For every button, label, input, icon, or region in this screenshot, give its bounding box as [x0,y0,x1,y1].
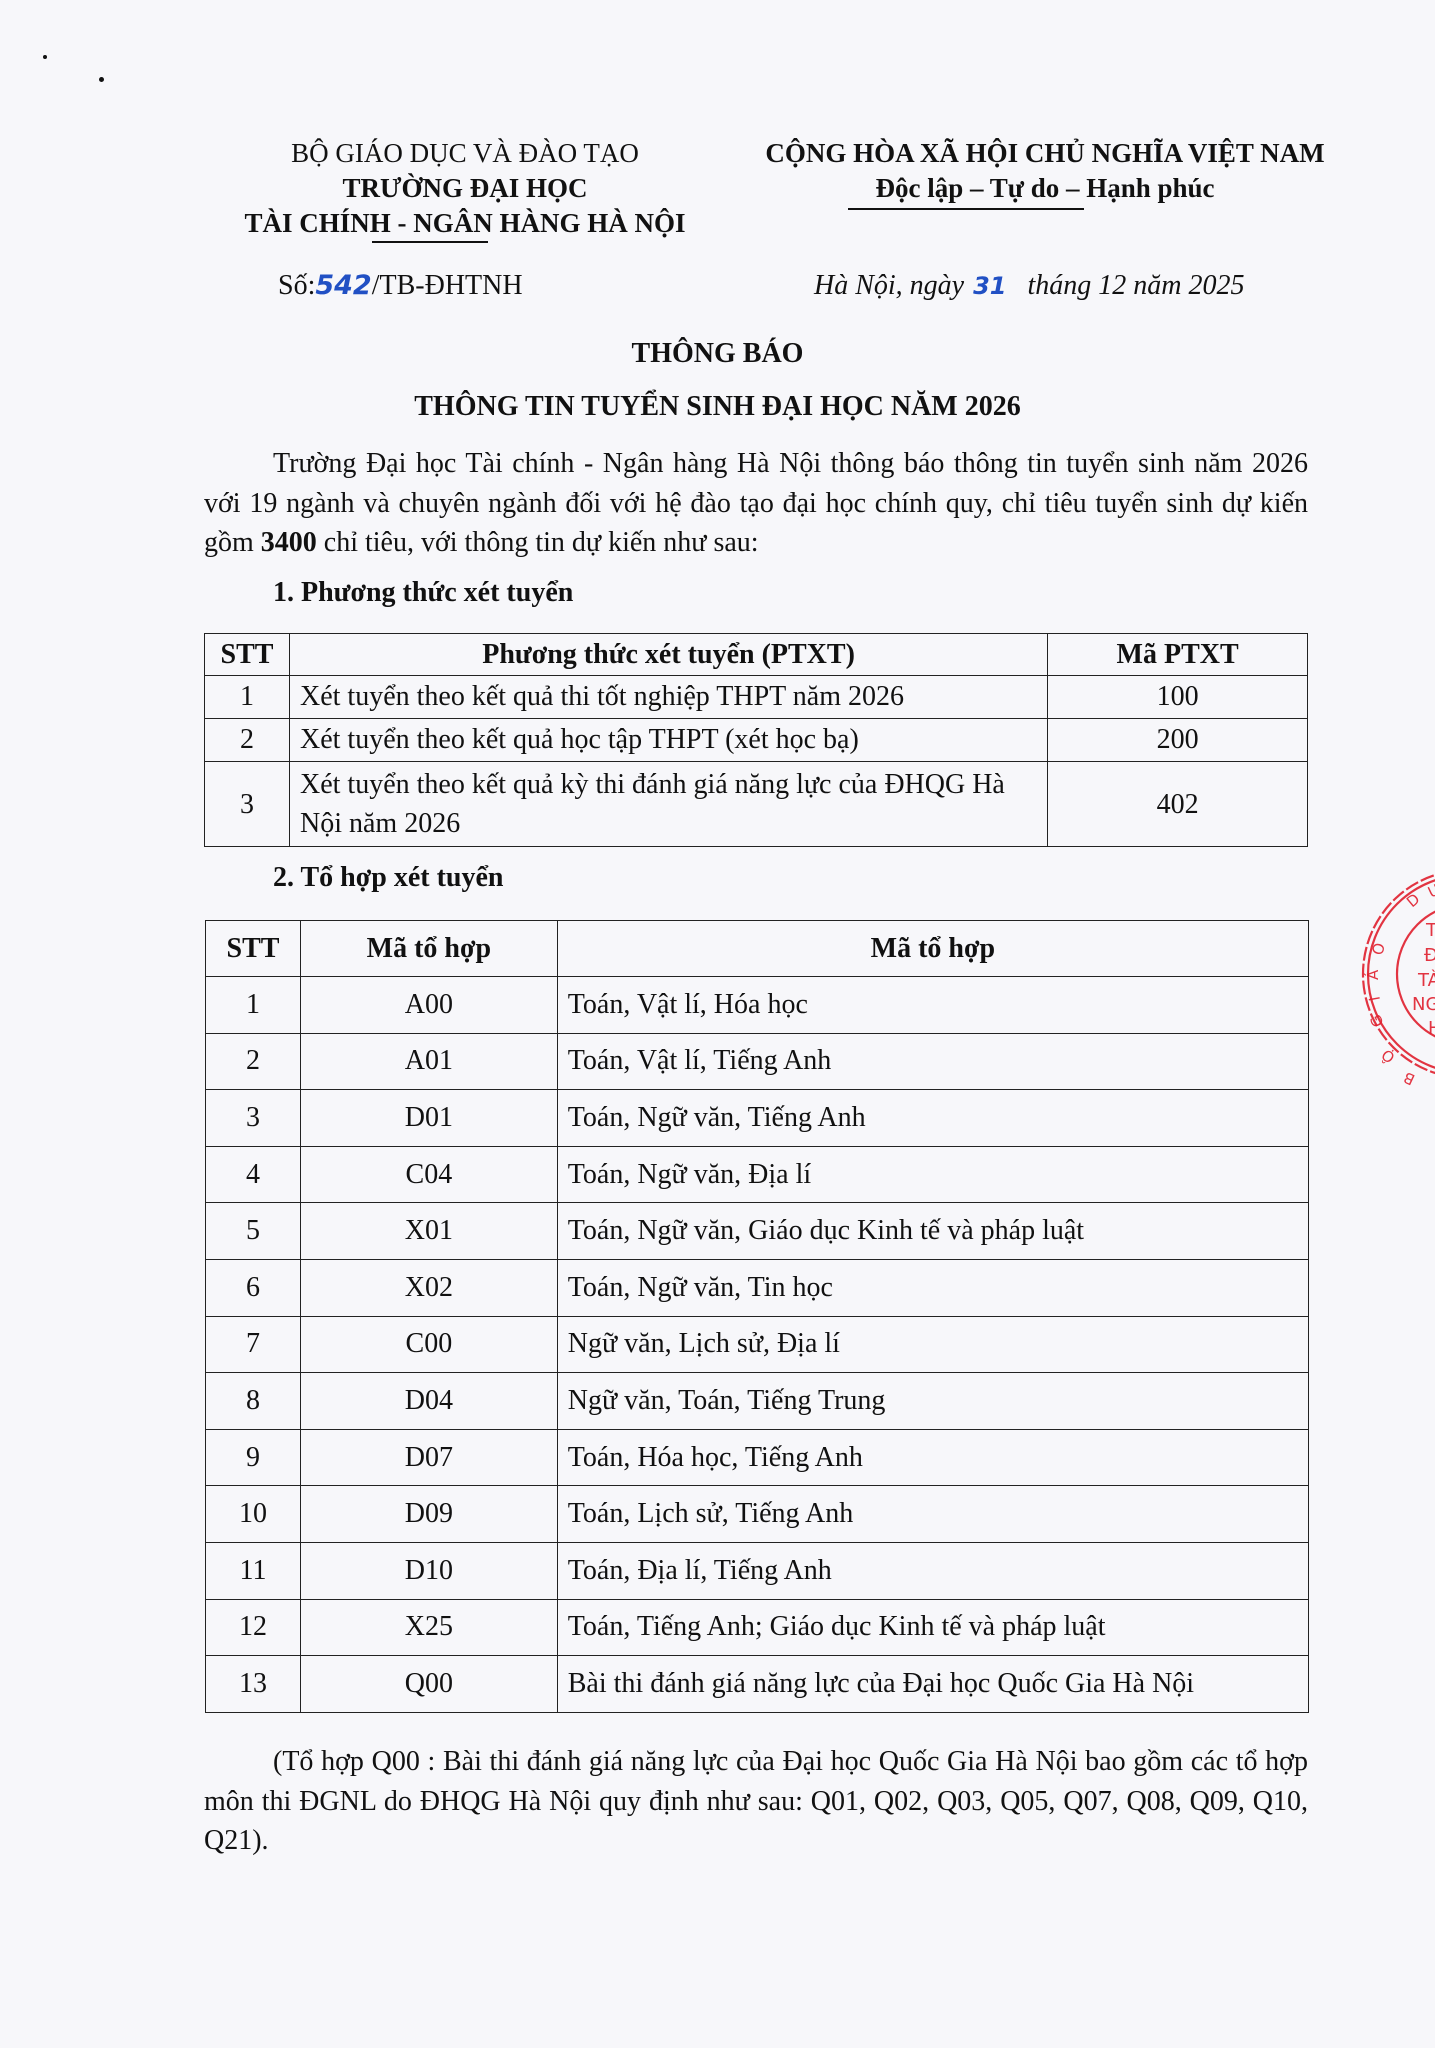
table-row: 13Q00Bài thi đánh giá năng lực của Đại h… [206,1656,1309,1713]
doc-number-suffix: /TB-ĐHTNH [372,270,523,301]
cell-stt: 3 [206,1090,301,1147]
header-right: CỘNG HÒA XÃ HỘI CHỦ NGHĨA VIỆT NAM Độc l… [720,136,1370,206]
cell-stt: 8 [206,1373,301,1430]
subject-combinations-table: STT Mã tổ hợp Mã tổ hợp 1A00Toán, Vật lí… [205,920,1309,1713]
cell-combination-code: A00 [300,977,557,1034]
table-header-row: STT Mã tổ hợp Mã tổ hợp [206,921,1309,977]
cell-subjects: Toán, Vật lí, Tiếng Anh [557,1033,1308,1090]
cell-stt: 10 [206,1486,301,1543]
table-row: 11D10Toán, Địa lí, Tiếng Anh [206,1542,1309,1599]
svg-text:Đ: Đ [1424,945,1435,966]
cell-method: Xét tuyển theo kết quả kỳ thi đánh giá n… [289,762,1047,847]
cell-combination-code: X25 [300,1599,557,1656]
col-header-code: Mã PTXT [1048,634,1308,676]
table-row: 6X02Toán, Ngữ văn, Tin học [206,1259,1309,1316]
header-left: BỘ GIÁO DỤC VÀ ĐÀO TẠO TRƯỜNG ĐẠI HỌC TÀ… [205,136,725,241]
nation-motto: Độc lập – Tự do – Hạnh phúc [720,171,1370,206]
cell-subjects: Toán, Ngữ văn, Tin học [557,1259,1308,1316]
header-right-underline [848,208,1084,210]
intro-text-2: chỉ tiêu, với thông tin dự kiến như sau: [324,527,759,558]
svg-text:I: I [1365,995,1383,1002]
table-row: 12X25Toán, Tiếng Anh; Giáo dục Kinh tế v… [206,1599,1309,1656]
col-header-combination-code: Mã tổ hợp [300,921,557,977]
svg-text:B: B [1401,1068,1418,1086]
col-header-stt: STT [205,634,290,676]
table-row: 8D04Ngữ văn, Toán, Tiếng Trung [206,1373,1309,1430]
school-name-line1: TRƯỜNG ĐẠI HỌC [205,171,725,206]
intro-quota: 3400 [261,527,317,558]
cell-stt: 2 [206,1033,301,1090]
table-row: 5X01Toán, Ngữ văn, Giáo dục Kinh tế và p… [206,1203,1309,1260]
admission-methods-table: STT Phương thức xét tuyển (PTXT) Mã PTXT… [204,633,1308,847]
cell-stt: 5 [206,1203,301,1260]
col-header-method: Phương thức xét tuyển (PTXT) [289,634,1047,676]
q00-note: (Tổ hợp Q00 : Bài thi đánh giá năng lực … [204,1742,1308,1861]
scan-speck [43,55,47,59]
header-left-underline [372,241,488,243]
svg-text:Á: Á [1363,969,1382,980]
cell-code: 100 [1048,676,1308,719]
cell-stt: 12 [206,1599,301,1656]
doc-number-handwritten: 542 [315,270,371,301]
document-number: Số:542/TB-ĐHTNH [278,270,523,302]
page-subtitle: THÔNG TIN TUYỂN SINH ĐẠI HỌC NĂM 2026 [0,391,1435,423]
table-row: 3 Xét tuyển theo kết quả kỳ thi đánh giá… [205,762,1308,847]
cell-stt: 7 [206,1316,301,1373]
cell-combination-code: C00 [300,1316,557,1373]
cell-combination-code: X02 [300,1259,557,1316]
cell-code: 402 [1048,762,1308,847]
official-seal-stamp: D Ụ O Á I G Ộ B T Đ TÀ NG H [1352,866,1435,1086]
cell-subjects: Toán, Ngữ văn, Giáo dục Kinh tế và pháp … [557,1203,1308,1260]
date-day-handwritten: 31 [971,272,1020,300]
svg-text:O: O [1368,941,1388,957]
cell-stt: 6 [206,1259,301,1316]
cell-stt: 9 [206,1429,301,1486]
cell-method: Xét tuyển theo kết quả thi tốt nghiệp TH… [289,676,1047,719]
svg-text:Ụ: Ụ [1425,881,1435,902]
svg-text:TÀ: TÀ [1417,969,1435,991]
svg-text:H: H [1428,1018,1435,1039]
svg-text:NG: NG [1412,994,1435,1015]
cell-code: 200 [1048,719,1308,762]
cell-subjects: Toán, Địa lí, Tiếng Anh [557,1542,1308,1599]
nation-name: CỘNG HÒA XÃ HỘI CHỦ NGHĨA VIỆT NAM [720,136,1370,171]
col-header-stt: STT [206,921,301,977]
ministry-name: BỘ GIÁO DỤC VÀ ĐÀO TẠO [205,136,725,171]
cell-combination-code: D10 [300,1542,557,1599]
table-row: 1A00Toán, Vật lí, Hóa học [206,977,1309,1034]
table-row: 10D09Toán, Lịch sử, Tiếng Anh [206,1486,1309,1543]
cell-subjects: Toán, Hóa học, Tiếng Anh [557,1429,1308,1486]
cell-method: Xét tuyển theo kết quả học tập THPT (xét… [289,719,1047,762]
cell-stt: 2 [205,719,290,762]
doc-number-prefix: Số: [278,270,315,301]
cell-stt: 3 [205,762,290,847]
cell-stt: 11 [206,1542,301,1599]
document-date: Hà Nội, ngày 31 tháng 12 năm 2025 [814,270,1245,302]
page-title: THÔNG BÁO [0,338,1435,370]
cell-stt: 4 [206,1146,301,1203]
date-suffix: tháng 12 năm 2025 [1028,270,1245,301]
cell-subjects: Ngữ văn, Lịch sử, Địa lí [557,1316,1308,1373]
stamp-ring-letter: D [1403,890,1423,911]
cell-combination-code: X01 [300,1203,557,1260]
cell-stt: 13 [206,1656,301,1713]
table-row: 9D07Toán, Hóa học, Tiếng Anh [206,1429,1309,1486]
table-row: 2A01Toán, Vật lí, Tiếng Anh [206,1033,1309,1090]
cell-combination-code: D01 [300,1090,557,1147]
cell-subjects: Toán, Ngữ văn, Địa lí [557,1146,1308,1203]
col-header-subjects: Mã tổ hợp [557,921,1308,977]
cell-combination-code: D04 [300,1373,557,1430]
cell-subjects: Bài thi đánh giá năng lực của Đại học Qu… [557,1656,1308,1713]
section2-heading: 2. Tổ hợp xét tuyển [273,862,503,894]
cell-subjects: Toán, Lịch sử, Tiếng Anh [557,1486,1308,1543]
date-prefix: Hà Nội, ngày [814,270,964,301]
cell-combination-code: C04 [300,1146,557,1203]
table-row: 7C00Ngữ văn, Lịch sử, Địa lí [206,1316,1309,1373]
cell-combination-code: D07 [300,1429,557,1486]
q00-note-text: (Tổ hợp Q00 : Bài thi đánh giá năng lực … [204,1746,1308,1856]
cell-combination-code: Q00 [300,1656,557,1713]
table-row: 2 Xét tuyển theo kết quả học tập THPT (x… [205,719,1308,762]
svg-text:T: T [1425,920,1435,941]
table-header-row: STT Phương thức xét tuyển (PTXT) Mã PTXT [205,634,1308,676]
intro-paragraph: Trường Đại học Tài chính - Ngân hàng Hà … [204,444,1308,563]
cell-subjects: Toán, Ngữ văn, Tiếng Anh [557,1090,1308,1147]
cell-combination-code: A01 [300,1033,557,1090]
cell-stt: 1 [205,676,290,719]
section1-heading: 1. Phương thức xét tuyển [273,577,573,609]
cell-stt: 1 [206,977,301,1034]
school-name-line2: TÀI CHÍNH - NGÂN HÀNG HÀ NỘI [205,206,725,241]
cell-combination-code: D09 [300,1486,557,1543]
table-row: 1 Xét tuyển theo kết quả thi tốt nghiệp … [205,676,1308,719]
table-row: 3D01Toán, Ngữ văn, Tiếng Anh [206,1090,1309,1147]
cell-subjects: Ngữ văn, Toán, Tiếng Trung [557,1373,1308,1430]
table-row: 4C04Toán, Ngữ văn, Địa lí [206,1146,1309,1203]
scan-speck [99,77,104,82]
cell-subjects: Toán, Vật lí, Hóa học [557,977,1308,1034]
cell-subjects: Toán, Tiếng Anh; Giáo dục Kinh tế và phá… [557,1599,1308,1656]
